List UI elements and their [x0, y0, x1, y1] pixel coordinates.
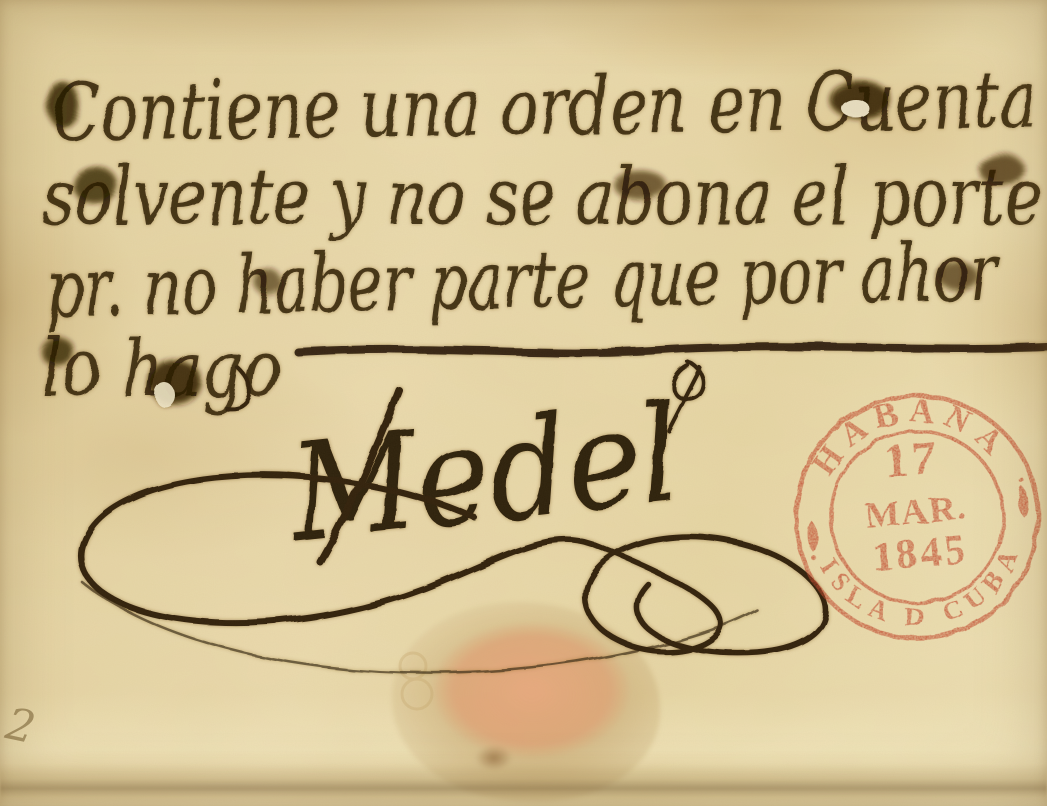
ink-artwork: Contiene una orden en Cuenta solvente y …	[0, 0, 1047, 806]
paper-grain-overlay	[0, 0, 1047, 806]
letter-scan: Contiene una orden en Cuenta solvente y …	[0, 0, 1047, 806]
